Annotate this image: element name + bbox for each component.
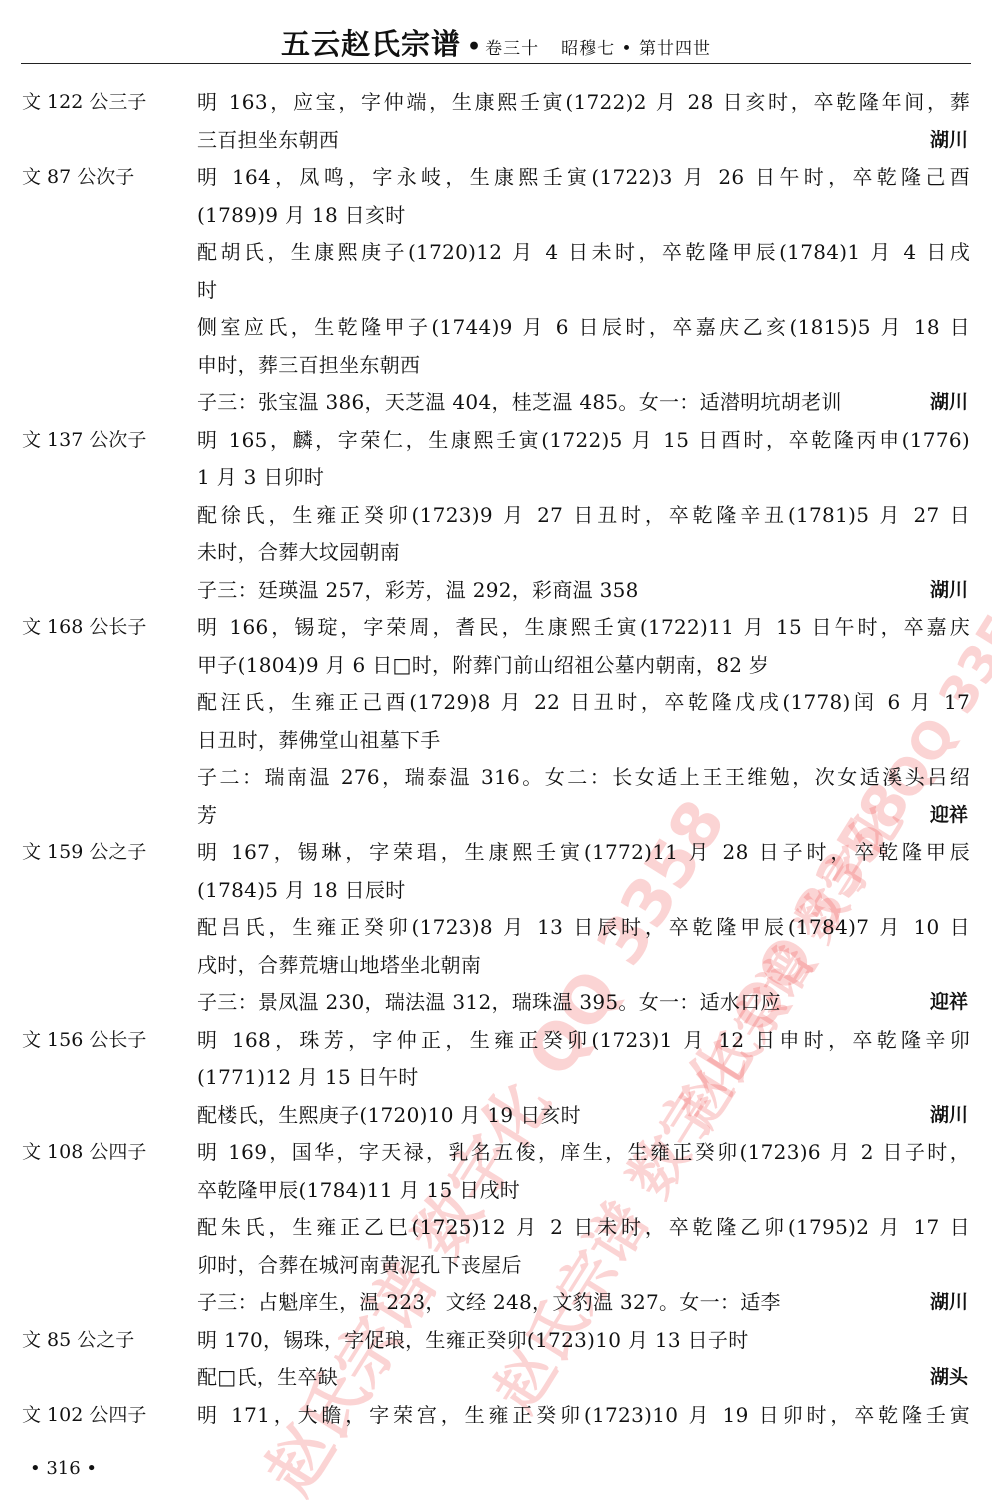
entry-location: 湖川 xyxy=(930,1284,968,1322)
entry-line: 配楼氏，生熙庚子(1720)10 月 19 日亥时 xyxy=(197,1097,970,1135)
entry-line: 配吕氏，生雍正癸卯(1723)8 月 13 日辰时，卒乾隆甲辰(1784)7 月… xyxy=(197,909,970,947)
section-label: 昭穆七 • 第廿四世 xyxy=(561,39,711,59)
entry-line: (1784)5 月 18 日辰时 xyxy=(197,872,970,910)
entry-location: 迎祥 xyxy=(930,984,968,1022)
entry-line: 甲子(1804)9 月 6 日□时，附葬门前山绍祖公墓内朝南，82 岁 xyxy=(197,647,970,685)
entry-line: 未时，合葬大坟园朝南 xyxy=(197,534,970,572)
entry-line: 子三：景凤温 230，瑞法温 312，瑞珠温 395。女一：适水口应 xyxy=(197,984,970,1022)
entry-line: 卯时，合葬在城河南黄泥孔下丧屋后 xyxy=(197,1247,970,1285)
page-number: • 316 • xyxy=(30,1458,97,1479)
entry-line: 明 163，应宝，字仲端，生康熙壬寅(1722)2 月 28 日亥时，卒乾隆年间… xyxy=(197,84,970,122)
entry-location: 湖头 xyxy=(930,1359,968,1397)
genealogy-entry: 文 108 公四子明 169，国华，字天禄，乳名五俊，庠生，生雍正癸卯(1723… xyxy=(0,1134,992,1322)
entry-line: 明 167，锡琳，字荣琩，生康熙壬寅(1772)11 月 28 日子时，卒乾隆甲… xyxy=(197,834,970,872)
entry-line: 明 164，凤鸣，字永岐，生康熙壬寅(1722)3 月 26 日午时，卒乾隆己酉 xyxy=(197,159,970,197)
entry-line: 明 165，麟，字荣仁，生康熙壬寅(1722)5 月 15 日酉时，卒乾隆丙申(… xyxy=(197,422,970,460)
entry-line: 芳 xyxy=(197,797,970,835)
entry-parent: 文 156 公长子 xyxy=(22,1022,146,1060)
entry-parent: 文 85 公之子 xyxy=(22,1322,134,1360)
entry-line: 卒乾隆甲辰(1784)11 月 15 日戌时 xyxy=(197,1172,970,1210)
book-title: 五云赵氏宗谱 xyxy=(281,27,461,61)
entry-parent: 文 102 公四子 xyxy=(22,1397,146,1435)
entry-parent: 文 168 公长子 xyxy=(22,609,146,647)
volume-label: 卷三十 xyxy=(485,39,539,59)
entry-parent: 文 159 公之子 xyxy=(22,834,146,872)
entry-location: 迎祥 xyxy=(930,797,968,835)
genealogy-entry: 文 87 公次子明 164，凤鸣，字永岐，生康熙壬寅(1722)3 月 26 日… xyxy=(0,159,992,422)
entry-location: 湖川 xyxy=(930,572,968,610)
entry-line: 子三：占魁庠生，温 223，文经 248，文豹温 327。女一：适李 xyxy=(197,1284,970,1322)
entry-line: 明 168，珠芳，字仲正，生雍正癸卯(1723)1 月 12 日申时，卒乾隆辛卯 xyxy=(197,1022,970,1060)
entry-parent: 文 87 公次子 xyxy=(22,159,134,197)
genealogy-entry: 文 168 公长子明 166，锡琔，字荣周，耆民，生康熙壬寅(1722)11 月… xyxy=(0,609,992,834)
entry-parent: 文 108 公四子 xyxy=(22,1134,146,1172)
entry-location: 湖川 xyxy=(930,122,968,160)
page-header: 五云赵氏宗谱•卷三十昭穆七 • 第廿四世 xyxy=(0,22,992,62)
entry-line: 日丑时，葬佛堂山祖墓下手 xyxy=(197,722,970,760)
title-separator: • xyxy=(467,34,481,60)
header-rule xyxy=(21,63,971,64)
entry-line: 配胡氏，生康熙庚子(1720)12 月 4 日未时，卒乾隆甲辰(1784)1 月… xyxy=(197,234,970,272)
entry-line: 戌时，合葬荒塘山地塔坐北朝南 xyxy=(197,947,970,985)
entry-line: 配朱氏，生雍正乙巳(1725)12 月 2 日未时，卒乾隆乙卯(1795)2 月… xyxy=(197,1209,970,1247)
genealogy-entry: 文 137 公次子明 165，麟，字荣仁，生康熙壬寅(1722)5 月 15 日… xyxy=(0,422,992,610)
entry-parent: 文 137 公次子 xyxy=(22,422,146,460)
entry-line: 时 xyxy=(197,272,970,310)
entry-line: 子三：张宝温 386，天芝温 404，桂芝温 485。女一：适潜明坑胡老训 xyxy=(197,384,970,422)
entry-line: 侧室应氏，生乾隆甲子(1744)9 月 6 日辰时，卒嘉庆乙亥(1815)5 月… xyxy=(197,309,970,347)
entry-line: 配徐氏，生雍正癸卯(1723)9 月 27 日丑时，卒乾隆辛丑(1781)5 月… xyxy=(197,497,970,535)
entry-line: 三百担坐东朝西 xyxy=(197,122,970,160)
genealogy-entry: 文 156 公长子明 168，珠芳，字仲正，生雍正癸卯(1723)1 月 12 … xyxy=(0,1022,992,1135)
entry-line: 子三：廷瑛温 257，彩芳，温 292，彩商温 358 xyxy=(197,572,970,610)
entry-line: 明 166，锡琔，字荣周，耆民，生康熙壬寅(1722)11 月 15 日午时，卒… xyxy=(197,609,970,647)
entry-line: 明 171，大瞻，字荣宫，生雍正癸卯(1723)10 月 19 日卯时，卒乾隆壬… xyxy=(197,1397,970,1435)
entry-line: 明 169，国华，字天禄，乳名五俊，庠生，生雍正癸卯(1723)6 月 2 日子… xyxy=(197,1134,970,1172)
genealogy-entry: 文 122 公三子明 163，应宝，字仲端，生康熙壬寅(1722)2 月 28 … xyxy=(0,84,992,159)
entry-line: 子二：瑞南温 276，瑞泰温 316。女二：长女适上王王维勉，次女适溪头吕绍 xyxy=(197,759,970,797)
entry-parent: 文 122 公三子 xyxy=(22,84,146,122)
entry-line: (1771)12 月 15 日午时 xyxy=(197,1059,970,1097)
entry-line: (1789)9 月 18 日亥时 xyxy=(197,197,970,235)
entry-line: 申时，葬三百担坐东朝西 xyxy=(197,347,970,385)
entry-location: 湖川 xyxy=(930,1097,968,1135)
entry-line: 配汪氏，生雍正己酉(1729)8 月 22 日丑时，卒乾隆戊戌(1778)闰 6… xyxy=(197,684,970,722)
genealogy-list: 文 122 公三子明 163，应宝，字仲端，生康熙壬寅(1722)2 月 28 … xyxy=(0,84,992,1434)
genealogy-entry: 文 85 公之子明 170，锡珠，字促琅，生雍正癸卯(1723)10 月 13 … xyxy=(0,1322,992,1397)
genealogy-entry: 文 159 公之子明 167，锡琳，字荣琩，生康熙壬寅(1772)11 月 28… xyxy=(0,834,992,1022)
entry-line: 配□氏，生卒缺 xyxy=(197,1359,970,1397)
genealogy-entry: 文 102 公四子明 171，大瞻，字荣宫，生雍正癸卯(1723)10 月 19… xyxy=(0,1397,992,1435)
entry-line: 明 170，锡珠，字促琅，生雍正癸卯(1723)10 月 13 日子时 xyxy=(197,1322,970,1360)
entry-location: 湖川 xyxy=(930,384,968,422)
entry-line: 1 月 3 日卯时 xyxy=(197,459,970,497)
